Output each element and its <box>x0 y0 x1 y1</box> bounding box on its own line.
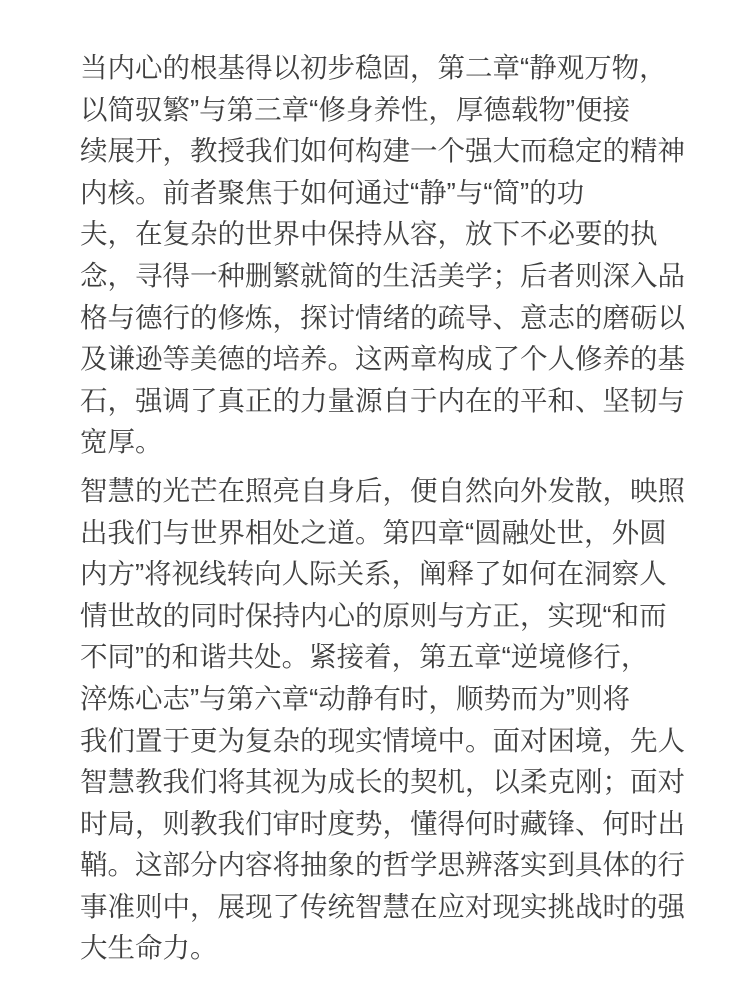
text-line: 情世故的同时保持内心的原则与方正，实现“和而 <box>80 595 695 637</box>
paragraph-1: 当内心的根基得以初步稳固，第二章“静观万物， 以简驭繁”与第三章“修身养性，厚德… <box>80 47 695 463</box>
text-line: 内核。前者聚焦于如何通过“静”与“简”的功 <box>80 172 695 214</box>
paragraph-2: 智慧的光芒在照亮自身后，便自然向外发散，映照 出我们与世界相处之道。第四章“圆融… <box>80 470 695 969</box>
text-line: 续展开，教授我们如何构建一个强大而稳定的精神 <box>80 130 695 172</box>
text-line: 宽厚。 <box>80 421 695 463</box>
text-line: 智慧的光芒在照亮自身后，便自然向外发散，映照 <box>80 470 695 512</box>
text-line: 夫，在复杂的世界中保持从容，放下不必要的执 <box>80 213 695 255</box>
text-line: 大生命力。 <box>80 927 695 969</box>
text-line: 以简驭繁”与第三章“修身养性，厚德载物”便接 <box>80 89 695 131</box>
article-text: 当内心的根基得以初步稳固，第二章“静观万物， 以简驭繁”与第三章“修身养性，厚德… <box>80 47 695 969</box>
text-line: 格与德行的修炼，探讨情绪的疏导、意志的磨砺以 <box>80 297 695 339</box>
text-line: 智慧教我们将其视为成长的契机，以柔克刚；面对 <box>80 761 695 803</box>
text-line: 时局，则教我们审时度势，懂得何时藏锋、何时出 <box>80 803 695 845</box>
text-line: 事准则中，展现了传统智慧在应对现实挑战时的强 <box>80 886 695 928</box>
text-line: 及谦逊等美德的培养。这两章构成了个人修养的基 <box>80 338 695 380</box>
text-line: 我们置于更为复杂的现实情境中。面对困境，先人 <box>80 720 695 762</box>
text-line: 鞘。这部分内容将抽象的哲学思辨落实到具体的行 <box>80 844 695 886</box>
document-page: 当内心的根基得以初步稳固，第二章“静观万物， 以简驭繁”与第三章“修身养性，厚德… <box>0 0 750 1000</box>
text-line: 出我们与世界相处之道。第四章“圆融处世，外圆 <box>80 512 695 554</box>
text-line: 淬炼心志”与第六章“动静有时，顺势而为”则将 <box>80 678 695 720</box>
text-line: 念，寻得一种删繁就简的生活美学；后者则深入品 <box>80 255 695 297</box>
text-line: 石，强调了真正的力量源自于内在的平和、坚韧与 <box>80 380 695 422</box>
text-line: 不同”的和谐共处。紧接着，第五章“逆境修行， <box>80 636 695 678</box>
text-line: 内方”将视线转向人际关系，阐释了如何在洞察人 <box>80 553 695 595</box>
text-line: 当内心的根基得以初步稳固，第二章“静观万物， <box>80 47 695 89</box>
